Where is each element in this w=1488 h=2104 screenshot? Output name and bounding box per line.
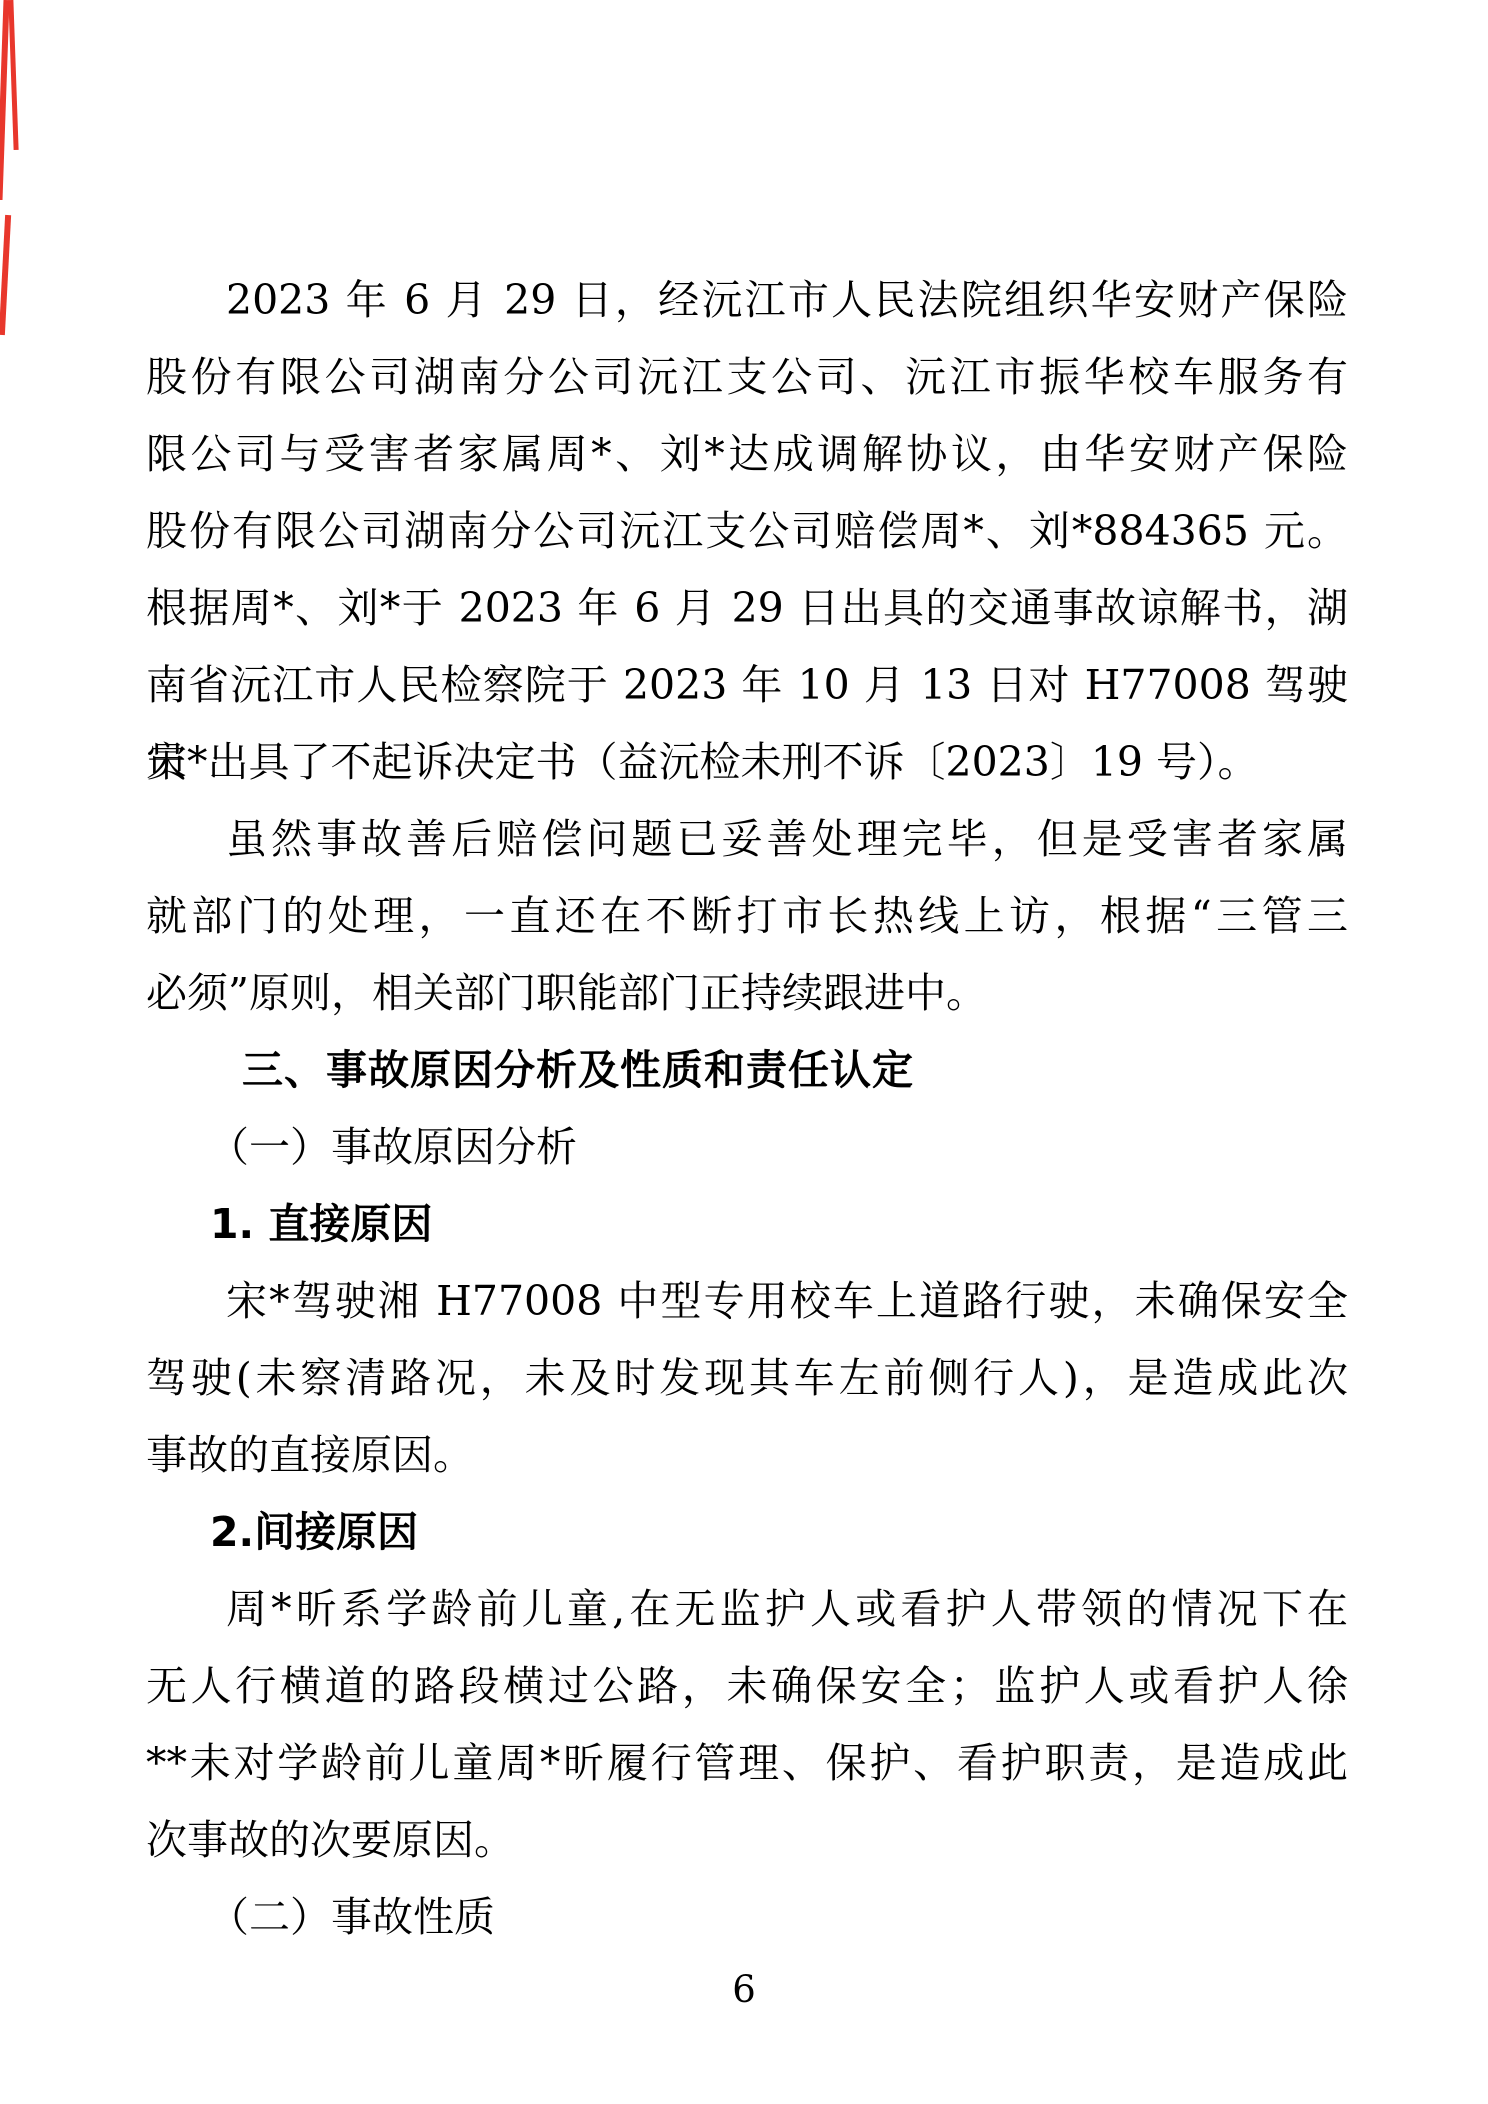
text-line: 就部门的处理，一直还在不断打市长热线上访，根据“三管三 <box>146 878 1348 955</box>
text-line: 驾驶(未察清路况，未及时发现其车左前侧行人)，是造成此次 <box>146 1340 1348 1417</box>
text-line: 必须”原则，相关部门职能部门正持续跟进中。 <box>146 955 1348 1032</box>
numbered-heading: 2.间接原因 <box>146 1494 1348 1571</box>
text-line: 2023 年 6 月 29 日，经沅江市人民法院组织华安财产保险 <box>146 262 1348 339</box>
text-line: **未对学龄前儿童周*昕履行管理、保护、看护职责，是造成此 <box>146 1725 1348 1802</box>
scan-edge-mark <box>0 0 9 200</box>
text-line: 无人行横道的路段横过公路，未确保安全；监护人或看护人徐 <box>146 1648 1348 1725</box>
text-line: 股份有限公司湖南分公司沅江支公司赔偿周*、刘*884365 元。 <box>146 493 1348 570</box>
subsection-heading: （一）事故原因分析 <box>146 1109 1348 1186</box>
text-line: 周*昕系学龄前儿童,在无监护人或看护人带领的情况下在 <box>146 1571 1348 1648</box>
text-line: 事故的直接原因。 <box>146 1417 1348 1494</box>
text-line: 虽然事故善后赔偿问题已妥善处理完毕，但是受害者家属 <box>146 801 1348 878</box>
text-body: 2023 年 6 月 29 日，经沅江市人民法院组织华安财产保险 股份有限公司湖… <box>146 262 1348 1956</box>
text-line: 宋*驾驶湘 H77008 中型专用校车上道路行驶，未确保安全 <box>146 1263 1348 1340</box>
section-heading: 三、事故原因分析及性质和责任认定 <box>146 1032 1348 1109</box>
text-line: 次事故的次要原因。 <box>146 1802 1348 1879</box>
text-line: 宋*出具了不起诉决定书（益沅检未刑不诉〔2023〕19 号）。 <box>146 724 1348 801</box>
page-number: 6 <box>0 1968 1488 2011</box>
scan-edge-mark <box>0 215 11 335</box>
subsection-heading: （二）事故性质 <box>146 1879 1348 1956</box>
text-line: 南省沅江市人民检察院于 2023 年 10 月 13 日对 H77008 驾驶员 <box>146 647 1348 724</box>
document-page: 2023 年 6 月 29 日，经沅江市人民法院组织华安财产保险 股份有限公司湖… <box>0 0 1488 2104</box>
text-line: 限公司与受害者家属周*、刘*达成调解协议，由华安财产保险 <box>146 416 1348 493</box>
scan-edge-mark <box>8 0 18 150</box>
text-line: 股份有限公司湖南分公司沅江支公司、沅江市振华校车服务有 <box>146 339 1348 416</box>
text-line: 根据周*、刘*于 2023 年 6 月 29 日出具的交通事故谅解书，湖 <box>146 570 1348 647</box>
numbered-heading: 1. 直接原因 <box>146 1186 1348 1263</box>
